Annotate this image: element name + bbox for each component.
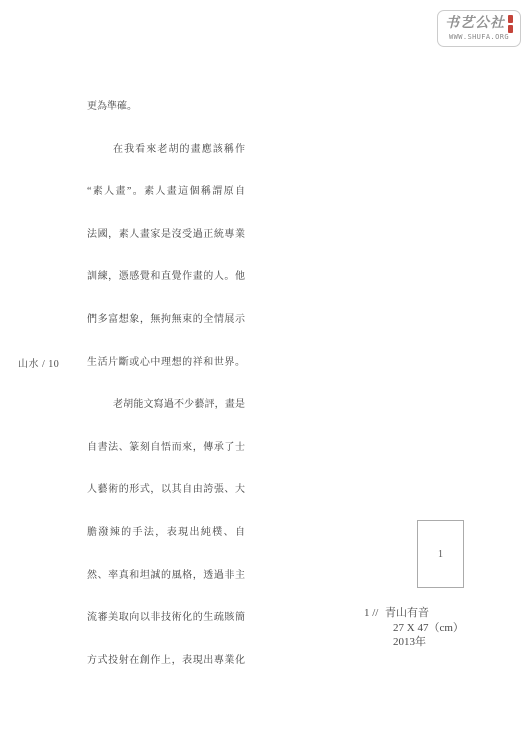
- document-page: 书艺公社 WWW.SHUFA.ORG 山水 / 10 更為準確。 在我看來老胡的…: [0, 0, 524, 737]
- text-line: 然、率真和坦誠的風格，透過非主: [87, 555, 245, 598]
- text-line: 生活片斷或心中理想的祥和世界。: [87, 342, 245, 385]
- text-line: 訓練，憑感覺和直覺作畫的人。他: [87, 256, 245, 299]
- caption-index: 1 //: [364, 606, 385, 621]
- shufa-logo: 书艺公社 WWW.SHUFA.ORG: [437, 10, 521, 47]
- article-text-column: 更為準確。 在我看來老胡的畫應該稱作 “素人畫”。素人畫這個稱謂原自 法國，素人…: [87, 86, 245, 682]
- text-line: 方式投射在創作上，表現出專業化: [87, 640, 245, 683]
- caption-artwork-year: 2013年: [364, 635, 464, 650]
- text-line: 們多富想象，無拘無束的全情展示: [87, 299, 245, 342]
- section-page-label: 山水 / 10: [18, 355, 59, 370]
- caption-artwork-size: 27 X 47（cm）: [364, 621, 464, 636]
- figure-caption: 1 // 青山有音 27 X 47（cm） 2013年: [364, 606, 464, 650]
- text-line: 自書法、篆刻自悟而來，傳承了士: [87, 427, 245, 470]
- text-line: 在我看來老胡的畫應該稱作: [87, 129, 245, 172]
- logo-brand-row: 书艺公社: [445, 15, 513, 33]
- text-line: “素人畫”。素人畫這個稱謂原自: [87, 171, 245, 214]
- artwork-thumbnail-number: 1: [438, 549, 443, 560]
- logo-url-text: WWW.SHUFA.ORG: [449, 33, 509, 42]
- text-line: 更為準確。: [87, 86, 245, 129]
- brand-calligraphy-text: 书艺公社: [445, 16, 505, 32]
- text-line: 法國，素人畫家是沒受過正統專業: [87, 214, 245, 257]
- artwork-thumbnail-placeholder: 1: [417, 520, 464, 588]
- text-line: 老胡能文寫過不少藝評，畫是: [87, 384, 245, 427]
- caption-title-row: 1 // 青山有音: [364, 606, 464, 621]
- text-line: 流審美取向以非技術化的生疏賅簡: [87, 597, 245, 640]
- red-seal-icon: [508, 15, 513, 33]
- text-line: 膽潑辣的手法，表現出純樸、自: [87, 512, 245, 555]
- text-line: 人藝術的形式，以其自由誇張、大: [87, 469, 245, 512]
- caption-artwork-title: 青山有音: [385, 606, 429, 621]
